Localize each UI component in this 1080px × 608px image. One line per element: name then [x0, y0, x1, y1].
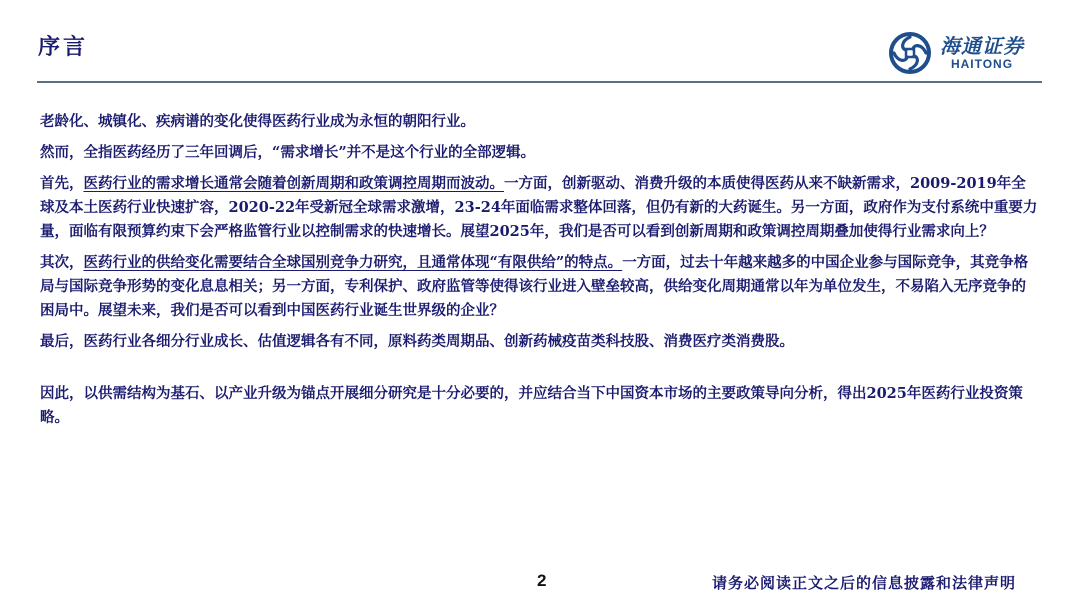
logo-name-en: HAITONG	[951, 57, 1013, 71]
underlined-key-point: 医药行业的需求增长通常会随着创新周期和政策调控周期而波动。	[84, 175, 505, 192]
paragraph-intro: 老龄化、城镇化、疾病谱的变化使得医药行业成为永恒的朝阳行业。	[40, 110, 1040, 134]
paragraph-lead: 首先，	[40, 175, 84, 192]
paragraph-supply: 其次，医药行业的供给变化需要结合全球国别竞争力研究，且通常体现“有限供给”的特点…	[40, 251, 1040, 323]
body-text: 老龄化、城镇化、疾病谱的变化使得医药行业成为永恒的朝阳行业。 然而，全指医药经历…	[40, 110, 1040, 437]
slide: 序言 海通证券 HAITONG 老龄化、城镇化、疾病谱的变化使得医药行业成为永恒…	[0, 0, 1080, 608]
logo-text: 海通证券 HAITONG	[940, 35, 1024, 71]
haitong-logo-icon	[888, 31, 932, 75]
legal-disclaimer: 请务必阅读正文之后的信息披露和法律声明	[712, 572, 1016, 593]
paragraph-finally: 最后，医药行业各细分行业成长、估值逻辑各有不同，原料药类周期品、创新药械疫苗类科…	[40, 330, 1040, 354]
paragraph-conclusion: 因此，以供需结构为基石、以产业升级为锚点开展细分研究是十分必要的，并应结合当下中…	[40, 382, 1040, 430]
underlined-key-point: 医药行业的供给变化需要结合全球国别竞争力研究，且通常体现“有限供给”的特点。	[84, 254, 623, 271]
paragraph-lead: 其次，	[40, 254, 84, 271]
logo-name-cn: 海通证券	[940, 35, 1024, 57]
paragraph-demand: 首先，医药行业的需求增长通常会随着创新周期和政策调控周期而波动。一方面，创新驱动…	[40, 172, 1040, 244]
page-title: 序言	[38, 30, 88, 61]
page-number: 2	[537, 571, 546, 591]
paragraph-however: 然而，全指医药经历了三年回调后，“需求增长”并不是这个行业的全部逻辑。	[40, 141, 1040, 165]
header-divider	[37, 81, 1042, 83]
company-logo: 海通证券 HAITONG	[888, 30, 1048, 76]
